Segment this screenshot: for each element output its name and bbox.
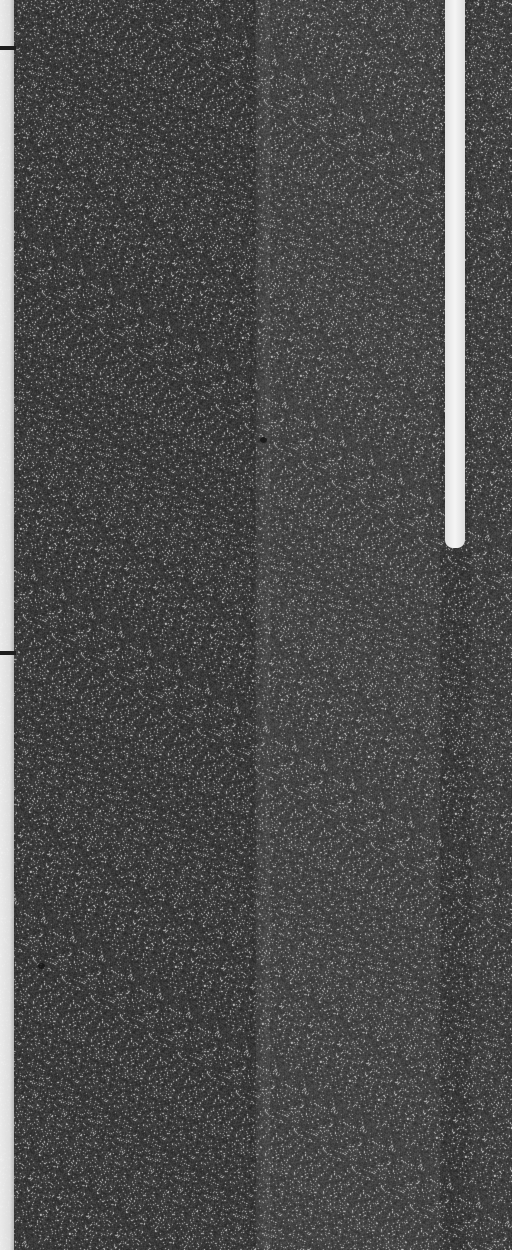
surface-seam <box>250 0 270 1250</box>
lane-dash-marking <box>445 0 465 548</box>
road-surface-photo <box>0 0 512 1250</box>
edge-line-joint <box>0 651 16 655</box>
debris-speck <box>38 963 45 969</box>
debris-speck <box>260 437 267 443</box>
edge-line-joint <box>0 46 16 50</box>
left-edge-line <box>0 0 14 1250</box>
